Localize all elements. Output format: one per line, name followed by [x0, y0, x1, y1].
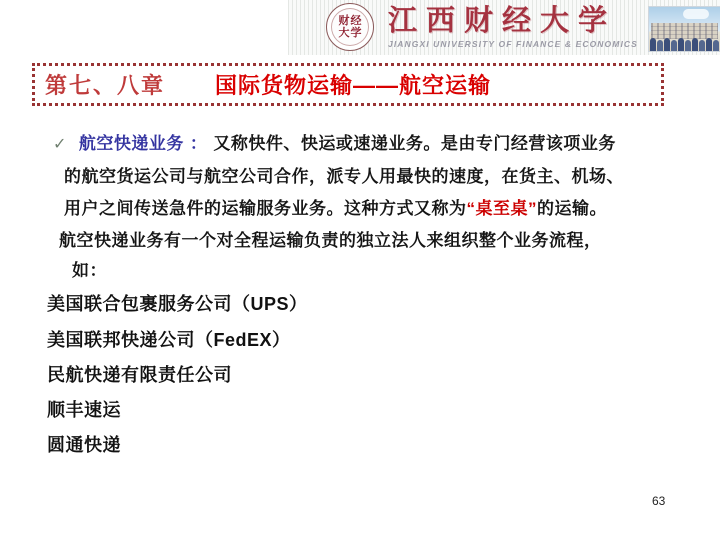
bullet-line-3: 用户之间传送急件的运输服务业务。这种方式又称为“桌至桌”的运输。 [64, 194, 607, 219]
company-item-sf: 顺丰速运 [47, 396, 121, 422]
campus-photo [648, 6, 720, 52]
term-colon: ： [190, 134, 208, 153]
bullet-line-2: 的航空货运公司与航空公司合作，派专人用最快的速度，在货主、机场、 [64, 162, 624, 187]
university-name-en: JIANGXI UNIVERSITY OF FINANCE & ECONOMIC… [388, 39, 658, 49]
slide-title-box: 第七、八章 国际货物运输——航空运输 [32, 63, 664, 106]
bullet-line-1: ✓航空快递业务：又称快件、快运或速递业务。是由专门经营该项业务 [53, 129, 616, 154]
paragraph-line-2: 如： [72, 256, 107, 281]
slide-title: 国际货物运输——航空运输 [215, 69, 491, 100]
company-item-fedex: 美国联邦快递公司（FedEX） [47, 326, 291, 352]
definition-text-3b: 的运输。 [537, 199, 607, 218]
page-number: 63 [652, 494, 665, 508]
company-item-cae: 民航快递有限责任公司 [47, 361, 232, 387]
header-banner: 财经大学 江西财经大学 JIANGXI UNIVERSITY OF FINANC… [288, 0, 720, 55]
definition-text-3a: 用户之间传送急件的运输服务业务。这种方式又称为 [64, 199, 467, 218]
slide: 财经大学 江西财经大学 JIANGXI UNIVERSITY OF FINANC… [0, 0, 720, 540]
company-item-ups: 美国联合包裹服务公司（UPS） [47, 290, 308, 316]
chapter-label: 第七、八章 [45, 69, 165, 100]
paragraph-line-1: 航空快递业务有一个对全程运输负责的独立法人来组织整个业务流程， [59, 226, 602, 251]
seal-glyphs: 财经大学 [338, 15, 362, 39]
definition-text-1: 又称快件、快运或速递业务。是由专门经营该项业务 [213, 134, 616, 153]
term-label: 航空快递业务 [79, 134, 184, 153]
students-group-shape [649, 35, 720, 51]
university-seal-icon: 财经大学 [326, 3, 374, 51]
desk-to-desk-highlight: “桌至桌” [467, 199, 538, 218]
company-item-yto: 圆通快递 [47, 431, 121, 457]
cloud-shape [683, 9, 709, 19]
university-name-cn: 江西财经大学 [388, 5, 648, 37]
check-bullet-icon: ✓ [53, 136, 67, 153]
